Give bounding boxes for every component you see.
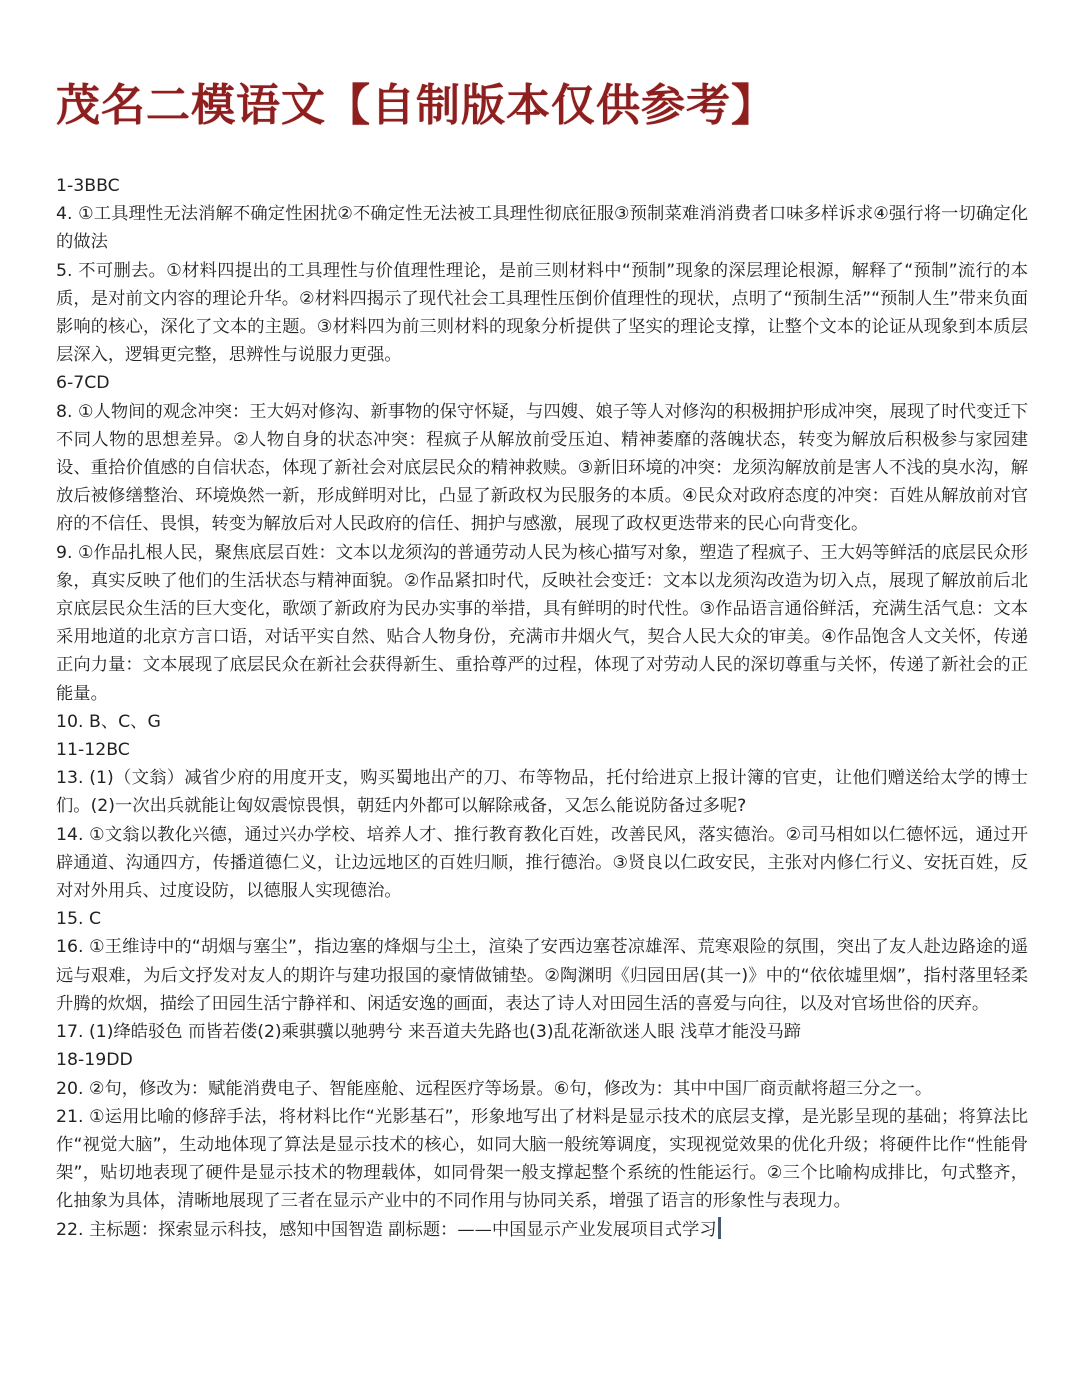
- answer-16: 16. ①王维诗中的“胡烟与塞尘”，指边塞的烽烟与尘土，渲染了安西边塞苍凉雄浑、…: [56, 933, 1028, 1018]
- document-page: 茂名二模语文【自制版本仅供参考】 1-3BBC 4. ①工具理性无法消解不确定性…: [0, 0, 1080, 1391]
- answer-5: 5. 不可删去。①材料四提出的工具理性与价值理性理论，是前三则材料中“预制”现象…: [56, 257, 1028, 370]
- answer-10: 10. B、C、G: [56, 708, 1028, 736]
- answer-22-line[interactable]: 22. 主标题：探索显示科技，感知中国智造 副标题：——中国显示产业发展项目式学…: [56, 1216, 1028, 1244]
- answer-14: 14. ①文翁以教化兴德，通过兴办学校、培养人才、推行教育教化百姓，改善民风，落…: [56, 821, 1028, 906]
- answer-15: 15. C: [56, 905, 1028, 933]
- answer-6-7: 6-7CD: [56, 369, 1028, 397]
- answer-8: 8. ①人物间的观念冲突：王大妈对修沟、新事物的保守怀疑，与四嫂、娘子等人对修沟…: [56, 398, 1028, 539]
- answer-18-19: 18-19DD: [56, 1046, 1028, 1074]
- answer-list: 1-3BBC 4. ①工具理性无法消解不确定性困扰②不确定性无法被工具理性彻底征…: [56, 172, 1028, 1244]
- document-title: 茂名二模语文【自制版本仅供参考】: [56, 78, 776, 134]
- answer-11-12: 11-12BC: [56, 736, 1028, 764]
- answer-20: 20. ②句，修改为：赋能消费电子、智能座舱、远程医疗等场景。⑥句，修改为：其中…: [56, 1075, 1028, 1103]
- answer-21: 21. ①运用比喻的修辞手法，将材料比作“光影基石”，形象地写出了材料是显示技术…: [56, 1103, 1028, 1216]
- answer-1-3: 1-3BBC: [56, 172, 1028, 200]
- answer-22: 22. 主标题：探索显示科技，感知中国智造 副标题：——中国显示产业发展项目式学…: [56, 1220, 717, 1240]
- answer-13: 13. (1)（文翁）减省少府的用度开支，购买蜀地出产的刀、布等物品，托付给进京…: [56, 764, 1028, 820]
- answer-17: 17. (1)绛皓驳色 而皆若偻(2)乘骐骥以驰骋兮 来吾道夫先路也(3)乱花渐…: [56, 1018, 1028, 1046]
- answer-4: 4. ①工具理性无法消解不确定性困扰②不确定性无法被工具理性彻底征服③预制菜难消…: [56, 200, 1028, 256]
- text-cursor: [718, 1217, 721, 1239]
- answer-9: 9. ①作品扎根人民，聚焦底层百姓：文本以龙须沟的普通劳动人民为核心描写对象，塑…: [56, 539, 1028, 708]
